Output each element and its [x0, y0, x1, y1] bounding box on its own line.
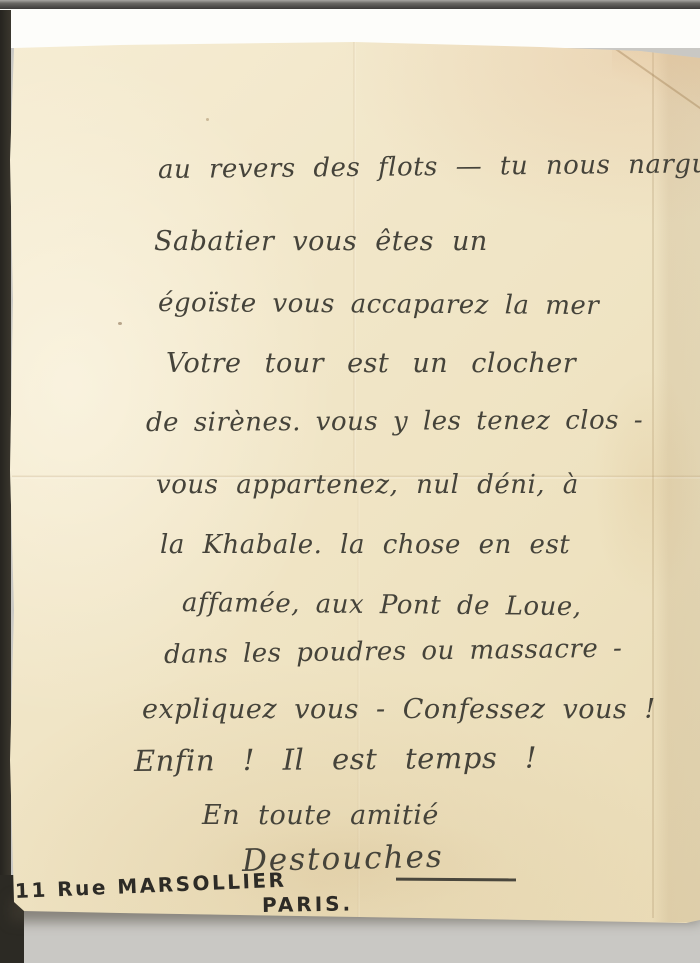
letter-line: vous appartenez, nul déni, à — [156, 470, 579, 500]
letter-line: la Khabale. la chose en est — [160, 530, 570, 560]
paper-speck — [206, 118, 209, 121]
scanner-frame-top-edge — [0, 0, 700, 9]
address-city: PARIS. — [262, 891, 354, 917]
letter-closing: En toute amitié — [202, 800, 439, 831]
letter-line: Sabatier vous êtes un — [154, 226, 488, 257]
letter-paper: au revers des flots — tu nous narguais -… — [0, 0, 700, 963]
letter-line: au revers des flots — tu nous narguais - — [158, 149, 700, 185]
scanned-letter-photo: au revers des flots — tu nous narguais -… — [0, 0, 700, 963]
letter-line: égoïste vous accaparez la mer — [158, 288, 599, 321]
letter-line: expliquez vous - Confessez vous ! — [142, 694, 656, 725]
frame-left-edge — [0, 10, 11, 963]
letter-line: affamée, aux Pont de Loue, — [182, 588, 582, 622]
letter-line: Enfin ! Il est temps ! — [134, 740, 537, 778]
top-right-corner-fold — [612, 48, 700, 128]
letter-line: de sirènes. vous y les tenez clos - — [146, 405, 643, 438]
paper-speck — [118, 322, 122, 325]
paper-stain — [592, 370, 700, 600]
letter-line: Votre tour est un clocher — [166, 348, 576, 379]
letter-line: dans les poudres ou massacre - — [164, 634, 623, 670]
